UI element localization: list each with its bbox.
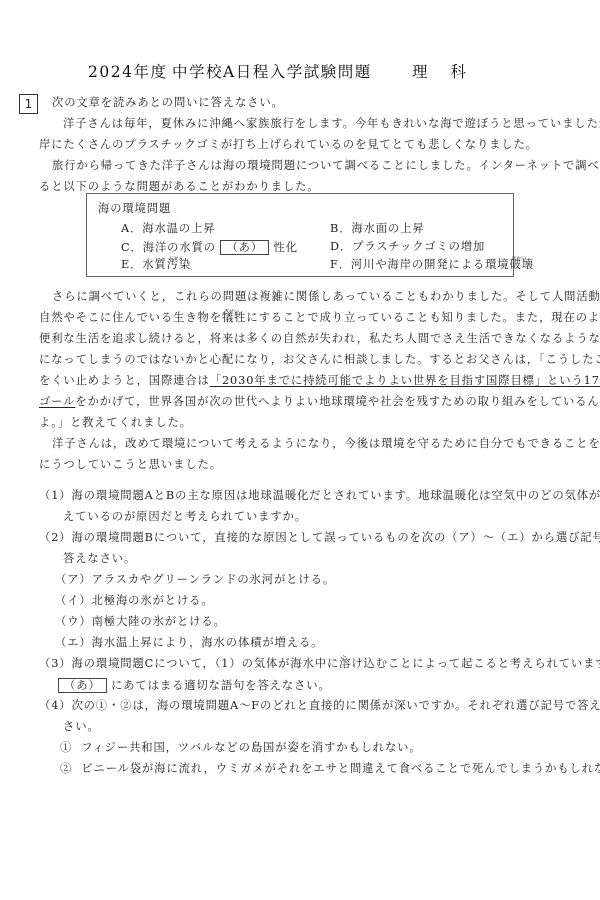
q4-item-2-text: ビニール袋が海に流れ，ウミガメがそれをエサと間違えて食べることで死んでしまうかも… xyxy=(81,762,600,775)
paragraph-1-line-2: 岸にたくさんのプラスチックゴミが打ち上げられているのを見てとても悲しくなりました… xyxy=(39,138,538,152)
paragraph-2-line-2: ると以下のような問題があることがわかりました。 xyxy=(39,180,320,194)
problem-a: A．海水温の上昇 xyxy=(121,222,215,236)
problem-d: D．プラスチックゴミの増加 xyxy=(330,240,485,254)
blank-a-box: （あ） xyxy=(220,240,269,255)
blank-a-box-q3: （あ） xyxy=(58,678,107,693)
paragraph-3-line-3: 便利な生活を追求し続けると，将来は多くの自然が失われ，私たち人間でさえ生活できな… xyxy=(39,332,600,346)
question-number-box: 1 xyxy=(19,94,38,114)
problem-f: F．河川や海岸の開発による環境はかい破壊 xyxy=(330,258,534,272)
question-2-choice-e: （エ）海水温上昇により，海水の体積が増える。 xyxy=(55,636,323,650)
p3-l5-prefix: をくい止めようと，国際連合は xyxy=(39,374,210,387)
paragraph-3-line-7: よ。」と教えてくれました。 xyxy=(39,416,192,430)
problem-e: E．水質おせん汚染 xyxy=(121,258,191,272)
exam-title: 中学校A日程入学試験問題 xyxy=(172,60,372,82)
question-3-line-1: （3）海の環境問題Cについて，（1）の気体が海水中にと溶け込むことによって起こる… xyxy=(39,657,600,671)
sdgs-underlined-text: 「2030年までに持続可能でよりよい世界を目指す国際目標」という17の xyxy=(210,374,600,387)
p3-l2-prefix: 自然やそこに住んでいる生き物を xyxy=(39,311,222,324)
question-4-item-2: ② ビニール袋が海に流れ，ウミガメがそれをエサと間違えて食べることで死んでしまう… xyxy=(60,762,600,776)
instruction: 次の文章を読みあとの問いに答えなさい。 xyxy=(52,96,284,110)
question-2-choice-a: （ア）アラスカやグリーンランドの氷河がとける。 xyxy=(55,573,335,587)
question-2-line-1: （2）海の環境問題Bについて，直接的な原因として誤っているものを次の（ア）～（エ… xyxy=(39,531,600,545)
paragraph-3-line-6: ゴールをかかげて，世界各国が次の世代へよりよい地球環境や社会を残すための取り組み… xyxy=(39,395,600,409)
paragraph-3-line-1: さらに調べていくと，これらの問題は複雑に関係しあっていることもわかりました。そし… xyxy=(52,290,600,304)
ruby-osen: おせん xyxy=(169,252,184,266)
question-2-line-2: 答えなさい。 xyxy=(63,552,136,566)
word-toke: と溶 xyxy=(339,657,351,670)
q3-suffix: け込むことによって起こると考えられています。 xyxy=(351,657,600,670)
question-1-line-2: えているのが原因だと考えられていますか。 xyxy=(63,510,307,524)
paragraph-3-line-5: をくい止めようと，国際連合は「2030年までに持続可能でよりよい世界を目指す国際… xyxy=(39,374,600,388)
question-4-line-2: さい。 xyxy=(63,720,100,734)
problem-c: C．海洋の水質の （あ） 性化 xyxy=(121,240,298,255)
paragraph-4-line-2: にうつしていこうと思いました。 xyxy=(39,458,222,472)
exam-subject: 理 科 xyxy=(412,60,475,82)
q3-l2-text: にあてはまる適切な語句を答えなさい。 xyxy=(111,679,331,692)
paragraph-2-line-1: 旅行から帰ってきた洋子さんは海の環境問題について調べることにしました。インターネ… xyxy=(52,159,600,173)
paragraph-4-line-1: 洋子さんは，改めて環境について考えるようになり，今後は環境を守るために自分でもで… xyxy=(52,437,600,451)
problem-b: B．海水面の上昇 xyxy=(330,222,425,236)
ruby-hakai: はかい xyxy=(512,252,527,266)
question-3-line-2: （あ） にあてはまる適切な語句を答えなさい。 xyxy=(58,678,331,693)
exam-year: 2024年度 xyxy=(88,60,167,82)
p3-l6-suffix: をかかげて，世界各国が次の世代へよりよい地球環境や社会を残すための取り組みをして… xyxy=(75,395,600,408)
question-2-choice-u: （ウ）南極大陸の氷がとける。 xyxy=(55,615,226,629)
problem-e-prefix: E．水質 xyxy=(121,258,167,271)
paragraph-3-line-2: 自然やそこに住んでいる生き物をぎせい犠牲にすることで成り立っていることも知りまし… xyxy=(39,311,600,325)
q3-prefix: （3）海の環境問題Cについて，（1）の気体が海水中に xyxy=(39,657,339,670)
paragraph-1-line-1: 洋子さんは毎年，夏休みに沖縄へ家族旅行をします。今年もきれいな海で遊ぼうと思って… xyxy=(52,117,600,131)
problem-c-suffix: 性化 xyxy=(274,241,298,254)
question-4-item-1: ① フィジー共和国，ツバルなどの島国が姿を消すかもしれない。 xyxy=(60,741,422,755)
question-1-line-1: （1）海の環境問題AとBの主な原因は地球温暖化だとされています。地球温暖化は空気… xyxy=(39,489,600,503)
problem-f-word: はかい破壊 xyxy=(510,258,534,271)
ruby-gisei: ぎせい xyxy=(224,305,239,319)
p3-l2-suffix: にすることで成り立っていることも知りました。また，現在のような xyxy=(246,311,600,324)
paragraph-3-line-4: になってしまうのではないかと心配になり，お父さんに相談しました。するとお父さんは… xyxy=(39,353,600,367)
problem-e-word: おせん汚染 xyxy=(167,258,191,271)
problems-box-title: 海の環境問題 xyxy=(98,202,171,216)
q4-item-1-text: フィジー共和国，ツバルなどの島国が姿を消すかもしれない。 xyxy=(81,741,421,754)
goal-underlined-text: ゴール xyxy=(39,395,75,408)
circled-2: ② xyxy=(60,762,72,775)
question-2-choice-i: （イ）北極海の氷がとける。 xyxy=(55,594,214,608)
problem-f-prefix: F．河川や海岸の開発による環境 xyxy=(330,258,510,271)
word-gisei: ぎせい犠牲 xyxy=(222,311,246,324)
ruby-to: と xyxy=(342,651,347,665)
question-4-line-1: （4）次の①・②は，海の環境問題A～Fのどれと直接的に関係が深いですか。それぞれ… xyxy=(39,699,600,713)
circled-1: ① xyxy=(60,741,72,754)
